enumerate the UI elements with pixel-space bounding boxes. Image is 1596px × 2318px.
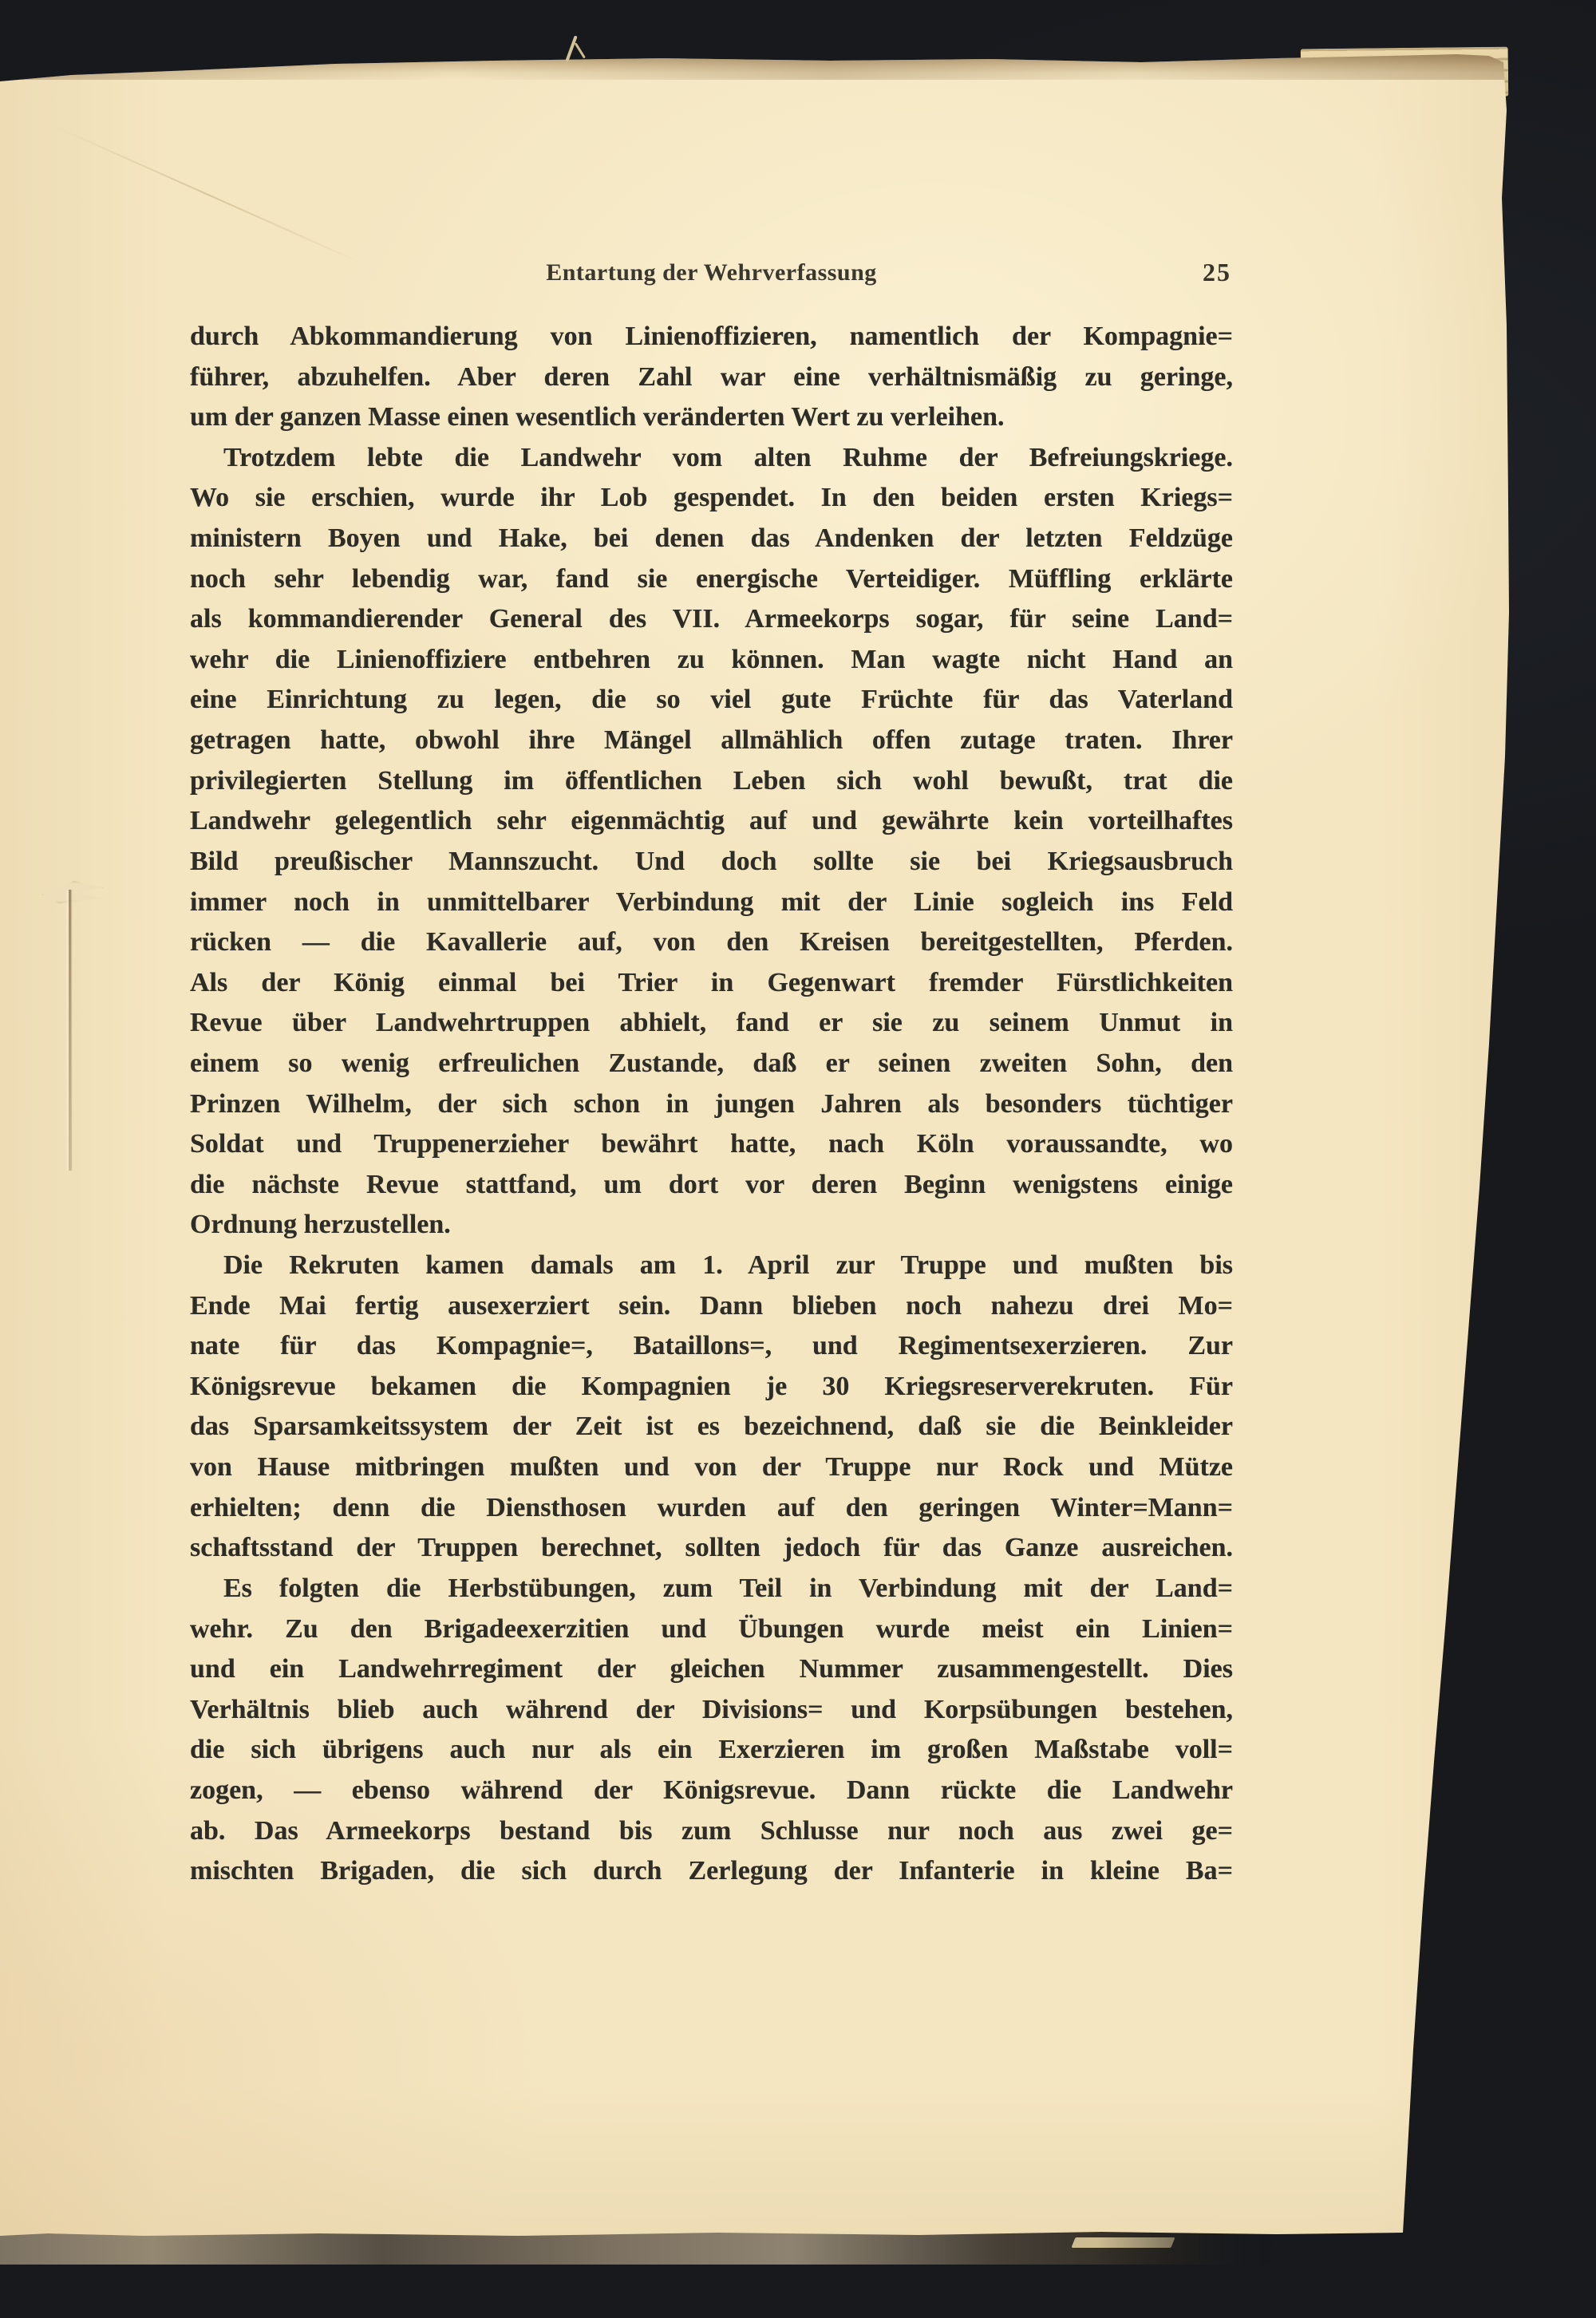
text-line: Verhältnis blieb auch während der Divisi…	[190, 1690, 1233, 1731]
text-line: schaftsstand der Truppen berechnet, soll…	[190, 1528, 1233, 1569]
text-line: Soldat und Truppenerzieher bewährt hatte…	[190, 1124, 1233, 1165]
text-line: und ein Landwehrregiment der gleichen Nu…	[190, 1649, 1233, 1690]
text-line: die nächste Revue stattfand, um dort vor…	[190, 1165, 1233, 1206]
text-line: rücken — die Kavallerie auf, von den Kre…	[190, 922, 1233, 963]
paper-crease-vertical	[69, 890, 71, 1171]
text-line: noch sehr lebendig war, fand sie energis…	[190, 559, 1233, 600]
text-line: ab. Das Armeekorps bestand bis zum Schlu…	[190, 1811, 1233, 1852]
text-line: Ordnung herzustellen.	[190, 1205, 1233, 1246]
text-line: Ende Mai fertig ausexerziert sein. Dann …	[190, 1286, 1233, 1327]
text-line: Revue über Landwehrtruppen abhielt, fand…	[190, 1003, 1233, 1044]
page-stack-bottom-edge	[0, 2231, 1277, 2265]
text-line: von Hause mitbringen mußten und von der …	[190, 1447, 1233, 1488]
text-line: Die Rekruten kamen damals am 1. April zu…	[190, 1246, 1233, 1286]
text-line: eine Einrichtung zu legen, die so viel g…	[190, 680, 1233, 721]
paper-fiber	[565, 35, 577, 61]
text-line: die sich übrigens auch nur als ein Exerz…	[190, 1730, 1233, 1771]
text-line: Als der König einmal bei Trier in Gegenw…	[190, 963, 1233, 1004]
text-line: Trotzdem lebte die Landwehr vom alten Ru…	[190, 438, 1233, 479]
text-line: immer noch in unmittelbarer Verbindung m…	[190, 883, 1233, 923]
scanned-book-photo: Entartung der Wehrverfassung 25 durch Ab…	[0, 0, 1596, 2318]
text-line: Königsrevue bekamen die Kompagnien je 30…	[190, 1367, 1233, 1408]
text-line: erhielten; denn die Diensthosen wurden a…	[190, 1488, 1233, 1529]
text-line: das Sparsamkeitssystem der Zeit ist es b…	[190, 1407, 1233, 1447]
text-line: Bild preußischer Mannszucht. Und doch so…	[190, 842, 1233, 883]
text-line: führer, abzuhelfen. Aber deren Zahl war …	[190, 357, 1233, 398]
page-number: 25	[1203, 258, 1231, 287]
text-line: als kommandierender General des VII. Arm…	[190, 599, 1233, 640]
text-line: nate für das Kompagnie=, Bataillons=, un…	[190, 1326, 1233, 1367]
text-line: getragen hatte, obwohl ihre Mängel allmä…	[190, 721, 1233, 761]
page-top-edge	[0, 54, 1510, 80]
paper-crease-diagonal	[55, 126, 362, 264]
text-line: Es folgten die Herbstübungen, zum Teil i…	[190, 1569, 1233, 1609]
body-text: durch Abkommandierung von Linienoffizier…	[190, 317, 1233, 1892]
text-line: um der ganzen Masse einen wesentlich ver…	[190, 397, 1233, 438]
running-header: Entartung der Wehrverfassung	[190, 259, 1233, 286]
text-line: privilegierten Stellung im öffentlichen …	[190, 761, 1233, 802]
text-line: wehr. Zu den Brigadeexerzitien und Übung…	[190, 1609, 1233, 1650]
text-line: zogen, — ebenso während der Königsrevue.…	[190, 1771, 1233, 1811]
text-line: Prinzen Wilhelm, der sich schon in junge…	[190, 1084, 1233, 1125]
text-line: ministern Boyen und Hake, bei denen das …	[190, 519, 1233, 559]
text-line: mischten Brigaden, die sich durch Zerleg…	[190, 1851, 1233, 1892]
paper-tear-flap	[41, 881, 104, 903]
text-line: Wo sie erschien, wurde ihr Lob gespendet…	[190, 478, 1233, 519]
text-line: einem so wenig erfreulichen Zustande, da…	[190, 1044, 1233, 1084]
text-line: durch Abkommandierung von Linienoffizier…	[190, 317, 1233, 357]
text-line: Landwehr gelegentlich sehr eigenmächtig …	[190, 801, 1233, 842]
text-line: wehr die Linienoffiziere entbehren zu kö…	[190, 640, 1233, 681]
running-head-row: Entartung der Wehrverfassung 25	[190, 259, 1233, 294]
